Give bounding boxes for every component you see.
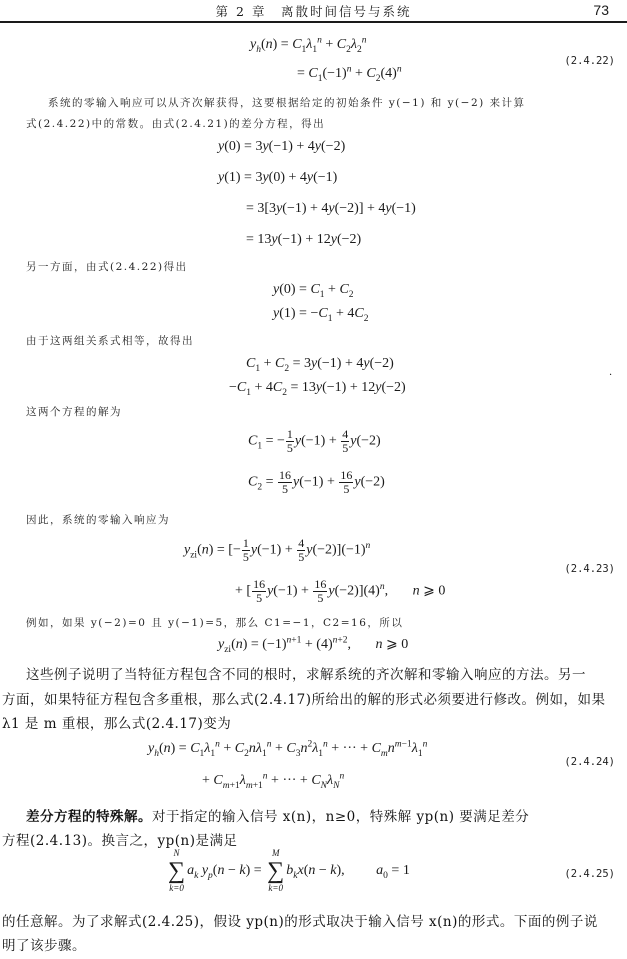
paragraph-9-line2: 明了该步骤。	[2, 934, 86, 954]
eq-system-2: −C1 + 4C2 = 13y(−1) + 12y(−2)	[229, 380, 406, 396]
equation-number-2-4-25: (2.4.25)	[564, 868, 615, 880]
paragraph-5: 因此，系统的零输入响应为	[26, 512, 170, 527]
page-number: 73	[593, 2, 609, 18]
eq-2-4-23-line1: yzi(n) = [−15y(−1) + 45y(−2)](−1)n	[184, 537, 370, 564]
paragraph-7-line2: 方面，如果特征方程包含多重根，那么式(2.4.17)所给出的解的形式必须要进行修…	[2, 688, 605, 708]
paragraph-9-line1: 的任意解。为了求解式(2.4.25)，假设 yp(n)的形式取决于输入信号 x(…	[2, 910, 598, 930]
equation-number-2-4-22: (2.4.22)	[564, 55, 615, 67]
eq-2-4-22-line1: yh(n) = C1λ1n + C2λ2n	[250, 37, 366, 53]
eq-2-4-24-line2: + Cm+1λm+1n + ··· + CNλNn	[202, 773, 344, 789]
eq-2-4-23-line2: + [165y(−1) + 165y(−2)](4)n, n ⩾ 0	[235, 578, 445, 605]
chapter-header-title: 第 2 章 离散时间信号与系统	[0, 2, 627, 20]
eq-y1-line1: y(1) = 3y(0) + 4y(−1)	[218, 170, 337, 186]
eq-2-4-24-line1: yh(n) = C1λ1n + C2nλ1n + C3n2λ1n + ··· +…	[148, 741, 427, 757]
summation-N: N∑k=0	[168, 848, 185, 894]
eq-y1-line2: = 3[3y(−1) + 4y(−2)] + 4y(−1)	[246, 201, 416, 217]
stray-dot: ·	[609, 370, 612, 381]
eq-2-4-22-line2: = C1(−1)n + C2(4)n	[297, 66, 402, 82]
paragraph-6-example: 例如，如果 y(−2)=0 且 y(−1)=5，那么 C1=−1，C2=16，所…	[26, 615, 403, 630]
paragraph-8-line1: 差分方程的特殊解。对于指定的输入信号 x(n)，n≥0，特殊解 yp(n) 要满…	[26, 805, 529, 825]
paragraph-8-line2: 方程(2.4.13)。换言之，yp(n)是满足	[2, 829, 237, 849]
eq-example-result: yzi(n) = (−1)n+1 + (4)n+2, n ⩾ 0	[218, 636, 408, 653]
eq-C1-solution: C1 = −15y(−1) + 45y(−2)	[248, 428, 381, 455]
eq-y0-C: y(0) = C1 + C2	[273, 282, 354, 298]
eq-y1-C: y(1) = −C1 + 4C2	[273, 306, 368, 322]
eq-2-4-25: N∑k=0ak yp(n − k) = M∑k=0bkx(n − k), a0 …	[166, 848, 410, 894]
paragraph-7-line1: 这些例子说明了当特征方程包含不同的根时，求解系统的齐次解和零输入响应的方法。另一	[26, 663, 586, 683]
paragraph-8-line1-text: 对于指定的输入信号 x(n)，n≥0，特殊解 yp(n) 要满足差分	[152, 809, 529, 825]
paragraph-1-line2: 式(2.4.22)中的常数。由式(2.4.21)的差分方程，得出	[26, 116, 325, 131]
eq-C2-solution: C2 = 165y(−1) + 165y(−2)	[248, 469, 385, 496]
eq-y0: y(0) = 3y(−1) + 4y(−2)	[218, 139, 345, 155]
paragraph-7-line3: λ1 是 m 重根，那么式(2.4.17)变为	[2, 712, 231, 732]
equation-number-2-4-23: (2.4.23)	[564, 563, 615, 575]
eq-system-1: C1 + C2 = 3y(−1) + 4y(−2)	[246, 356, 394, 372]
header-rule	[0, 21, 627, 23]
equation-number-2-4-24: (2.4.24)	[564, 756, 615, 768]
eq-y1-line3: = 13y(−1) + 12y(−2)	[246, 232, 361, 248]
summation-M: M∑k=0	[267, 848, 284, 894]
paragraph-3: 由于这两组关系式相等，故得出	[26, 333, 194, 348]
paragraph-4: 这两个方程的解为	[26, 404, 122, 419]
section-heading-particular-solution: 差分方程的特殊解。	[26, 809, 152, 825]
paragraph-1-line1: 系统的零输入响应可以从齐次解获得，这要根据给定的初始条件 y(−1) 和 y(−…	[48, 95, 526, 110]
paragraph-2: 另一方面，由式(2.4.22)得出	[26, 259, 188, 274]
